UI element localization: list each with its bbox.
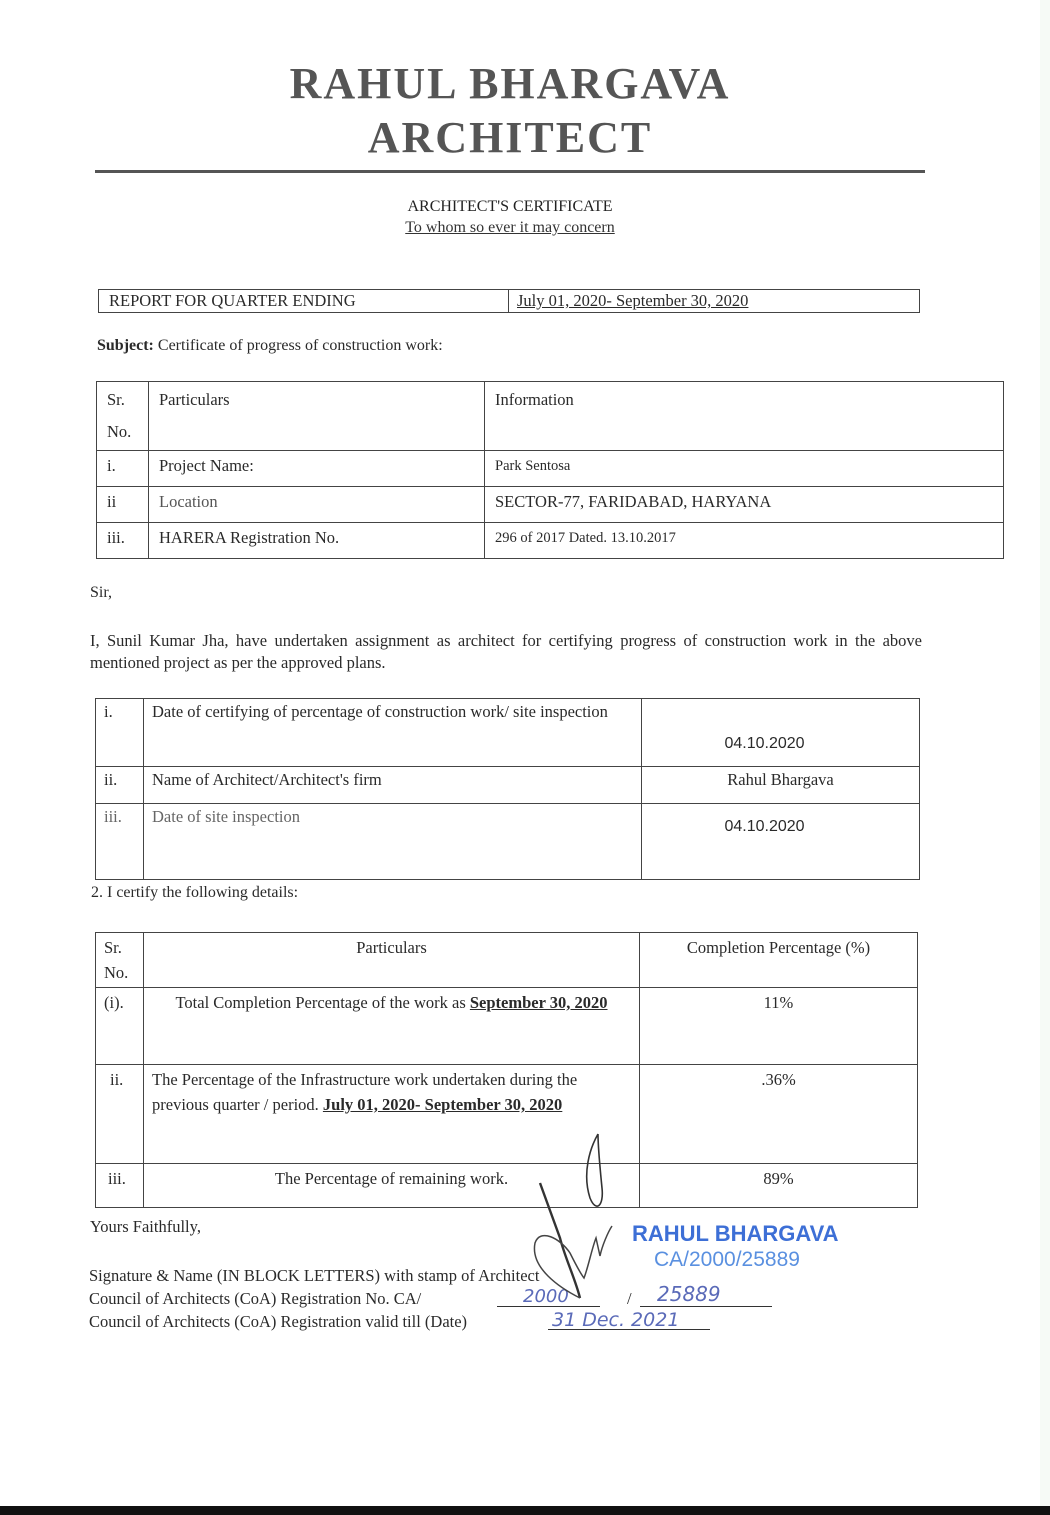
cell-particular: Total Completion Percentage of the work … [144, 988, 640, 1065]
signature-line: Signature & Name (IN BLOCK LETTERS) with… [89, 1266, 539, 1286]
cell-particular: Location [149, 487, 485, 523]
scan-bottom-edge [0, 1506, 1050, 1515]
cell-sr: ii. [96, 767, 144, 804]
subject-line: Subject: Certificate of progress of cons… [97, 337, 443, 355]
subject-text: Certificate of progress of construction … [154, 337, 443, 354]
table-row: ii. Name of Architect/Architect's firm R… [96, 767, 920, 804]
table-row: (i). Total Completion Percentage of the … [96, 988, 918, 1065]
cell-sr: iii. [96, 804, 144, 880]
inspection-table: i. Date of certifying of percentage of c… [95, 698, 920, 880]
cell-particular: Date of site inspection [144, 804, 642, 880]
cell-value: 89% [640, 1164, 918, 1208]
coa-valid-label: Council of Architects (CoA) Registration… [89, 1312, 467, 1331]
cell-particular: Project Name: [149, 451, 485, 487]
particular-text: The Percentage of remaining work. [275, 1169, 508, 1188]
coa-registration-label: Council of Architects (CoA) Registration… [89, 1289, 421, 1308]
coa-registration-line: Council of Architects (CoA) Registration… [89, 1289, 421, 1309]
header-sr-line1: Sr. [104, 938, 122, 957]
coa-separator: / [627, 1289, 632, 1309]
coa-year-handwritten: 2000 [523, 1286, 569, 1307]
cell-sr: (i). [96, 988, 144, 1065]
letterhead-name: RAHUL BHARGAVA [0, 58, 1020, 109]
table-row: ii. The Percentage of the Infrastructure… [96, 1065, 918, 1164]
certificate-subtitle: To whom so ever it may concern [0, 219, 1020, 237]
cell-sr: ii. [96, 1065, 144, 1164]
cell-particular: Date of certifying of percentage of cons… [144, 699, 642, 767]
coa-valid-line: Council of Architects (CoA) Registration… [89, 1312, 467, 1332]
cell-sr: i. [96, 699, 144, 767]
cell-value: .36% [640, 1065, 918, 1164]
table-row: ii Location SECTOR-77, FARIDABAD, HARYAN… [97, 487, 1004, 523]
coa-valid-handwritten: 31 Dec. 2021 [552, 1309, 679, 1331]
cell-value: 04.10.2020 [642, 699, 920, 767]
letterhead-divider [95, 170, 925, 173]
particular-date: September 30, 2020 [470, 993, 608, 1012]
coa-number-handwritten: 25889 [657, 1282, 721, 1306]
table-row: iii. Date of site inspection 04.10.2020 [96, 804, 920, 880]
cell-info: 296 of 2017 Dated. 13.10.2017 [485, 523, 1004, 559]
header-sr: Sr.No. [97, 382, 149, 451]
cell-particular: Name of Architect/Architect's firm [144, 767, 642, 804]
certificate-title: ARCHITECT'S CERTIFICATE [0, 198, 1020, 216]
stamp-registration: CA/2000/25889 [654, 1248, 800, 1272]
table-row: iii. HARERA Registration No. 296 of 2017… [97, 523, 1004, 559]
header-sr-line2: No. [107, 422, 131, 441]
cell-particular: HARERA Registration No. [149, 523, 485, 559]
scan-edge [1040, 0, 1050, 1506]
cell-value: Rahul Bhargava [642, 767, 920, 804]
header-sr: Sr.No. [96, 933, 144, 988]
cell-sr: i. [97, 451, 149, 487]
salutation: Sir, [90, 584, 112, 602]
table-row: i. Date of certifying of percentage of c… [96, 699, 920, 767]
cell-value: 04.10.2020 [642, 804, 920, 880]
cell-particular: The Percentage of the Infrastructure wor… [144, 1065, 640, 1164]
completion-table: Sr.No. Particulars Completion Percentage… [95, 932, 918, 1208]
quarter-label: REPORT FOR QUARTER ENDING [99, 290, 509, 312]
table-row: iii. The Percentage of remaining work. 8… [96, 1164, 918, 1208]
closing-yours: Yours Faithfully, [90, 1217, 201, 1237]
cell-sr: iii. [97, 523, 149, 559]
subject-label: Subject: [97, 337, 154, 354]
header-particulars: Particulars [149, 382, 485, 451]
project-table: Sr.No. Particulars Information i. Projec… [96, 381, 1004, 559]
header-information: Information [485, 382, 1004, 451]
certify-heading: 2. I certify the following details: [91, 884, 298, 902]
cell-value: 11% [640, 988, 918, 1065]
cell-info: Park Sentosa [485, 451, 1004, 487]
header-particulars: Particulars [144, 933, 640, 988]
quarter-box: REPORT FOR QUARTER ENDING July 01, 2020-… [98, 289, 920, 313]
table-header-row: Sr.No. Particulars Completion Percentage… [96, 933, 918, 988]
cell-particular: The Percentage of remaining work. [144, 1164, 640, 1208]
cell-sr: iii. [96, 1164, 144, 1208]
table-header-row: Sr.No. Particulars Information [97, 382, 1004, 451]
certificate-subtitle-text: To whom so ever it may concern [405, 219, 614, 236]
header-sr-line2: No. [104, 963, 128, 982]
cell-sr: ii [97, 487, 149, 523]
quarter-value: July 01, 2020- September 30, 2020 [509, 290, 756, 312]
particular-text: Total Completion Percentage of the work … [175, 993, 469, 1012]
cell-info: SECTOR-77, FARIDABAD, HARYANA [485, 487, 1004, 523]
letterhead-title: ARCHITECT [0, 112, 1020, 163]
header-sr-line1: Sr. [107, 390, 125, 409]
declaration-paragraph: I, Sunil Kumar Jha, have undertaken assi… [90, 630, 922, 674]
stamp-name: RAHUL BHARGAVA [632, 1221, 839, 1247]
header-completion: Completion Percentage (%) [640, 933, 918, 988]
particular-date: July 01, 2020- September 30, 2020 [323, 1095, 562, 1114]
table-row: i. Project Name: Park Sentosa [97, 451, 1004, 487]
